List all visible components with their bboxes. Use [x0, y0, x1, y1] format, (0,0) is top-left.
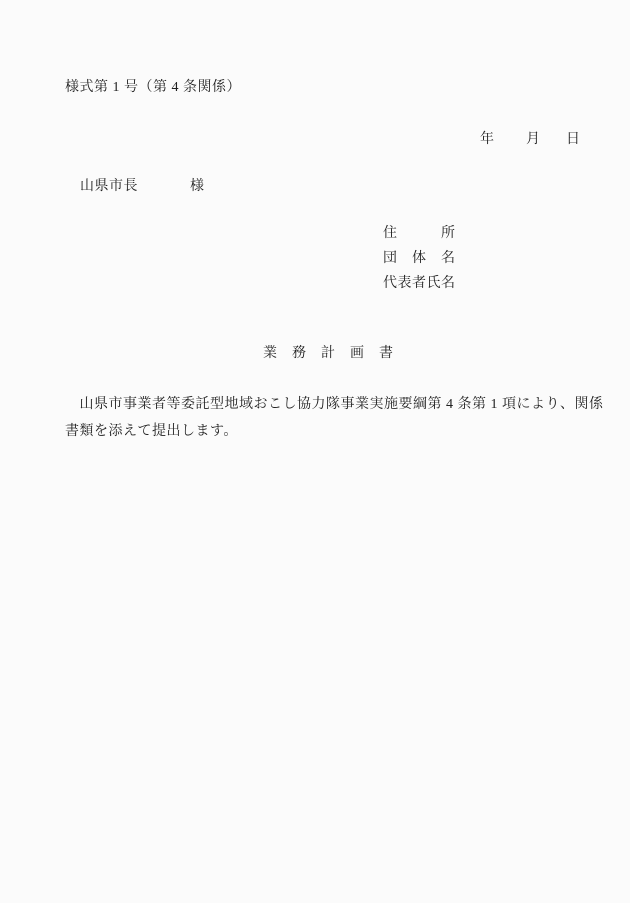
- body-paragraph-line-1: 山県市事業者等委託型地域おこし協力隊事業実施要綱第 4 条第 1 項により、関係: [65, 397, 604, 412]
- sender-address-label: 住 所: [383, 226, 456, 241]
- addressee-honorific: 様: [190, 179, 205, 194]
- body-paragraph-line-2: 書類を添えて提出します。: [65, 424, 238, 439]
- sender-organization-label: 団 体 名: [383, 251, 456, 266]
- document-title: 業 務 計 画 書: [263, 346, 394, 361]
- addressee-name: 山県市長: [80, 179, 138, 194]
- sender-representative-label: 代表者氏名: [383, 276, 456, 291]
- document-page: 様式第 1 号（第 4 条関係） 年 月 日 山県市長 様 住 所 団 体 名 …: [0, 0, 630, 903]
- date-month-label: 月: [526, 132, 541, 147]
- date-day-label: 日: [566, 132, 581, 147]
- date-year-label: 年: [480, 132, 495, 147]
- form-number: 様式第 1 号（第 4 条関係）: [65, 80, 241, 95]
